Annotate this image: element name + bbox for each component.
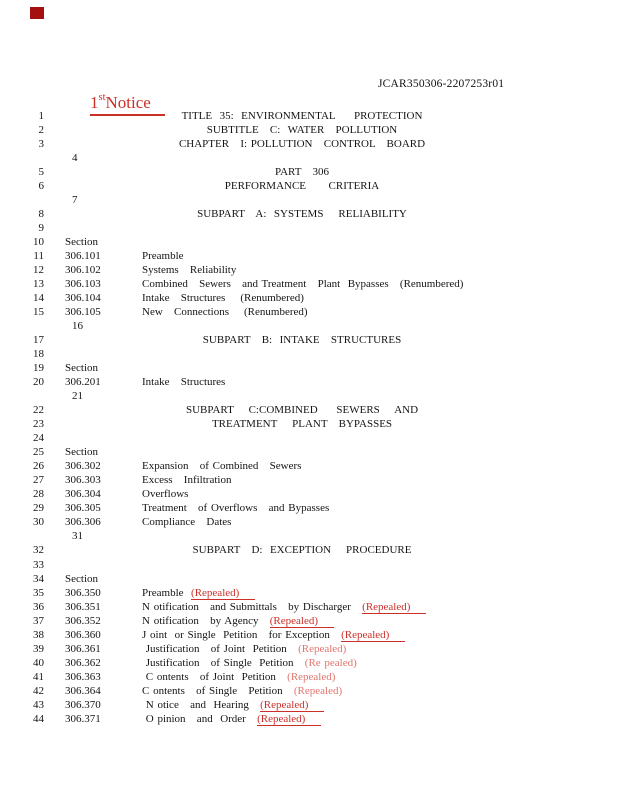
document-line: 23TREATMENT PLANT BYPASSES — [0, 417, 618, 431]
document-line: 9 — [0, 221, 618, 235]
line-number: 7 — [72, 193, 78, 207]
line-number: 27 — [0, 473, 44, 487]
document-line: 21 — [0, 389, 618, 403]
section-title: Compliance Dates — [142, 515, 231, 529]
section-number: 306.103 — [65, 277, 101, 291]
heading-text: SUBPART B: INTAKE STRUCTURES — [0, 333, 604, 347]
document-line: 2SUBTITLE C: WATER POLLUTION — [0, 123, 618, 137]
line-number: 24 — [0, 431, 44, 445]
document-line: 29306.305Treatment of Overflows and Bypa… — [0, 501, 618, 515]
heading-text: SUBPART A: SYSTEMS RELIABILITY — [0, 207, 604, 221]
section-title: Preamble — [142, 249, 184, 263]
line-number: 34 — [0, 572, 44, 586]
document-line: 10Section — [0, 235, 618, 249]
line-number: 44 — [0, 712, 44, 726]
heading-text: SUBPART D: EXCEPTION PROCEDURE — [0, 543, 604, 557]
document-line: 17SUBPART B: INTAKE STRUCTURES — [0, 333, 618, 347]
heading-text: TITLE 35: ENVIRONMENTAL PROTECTION — [0, 109, 604, 123]
section-number: 306.303 — [65, 473, 101, 487]
line-number: 28 — [0, 487, 44, 501]
repealed-label: (Repealed) — [257, 713, 321, 726]
document-line: 37306.352N otification by Agency (Repeal… — [0, 614, 618, 628]
line-number: 21 — [72, 389, 83, 403]
line-number: 9 — [0, 221, 44, 235]
line-number: 13 — [0, 277, 44, 291]
line-number: 15 — [0, 305, 44, 319]
repealed-label: (Repealed) — [362, 601, 426, 614]
section-title: Expansion of Combined Sewers — [142, 459, 301, 473]
section-title: Systems Reliability — [142, 263, 236, 277]
line-number: 25 — [0, 445, 44, 459]
line-number: 36 — [0, 600, 44, 614]
document-line: 31 — [0, 529, 618, 543]
section-number: 306.302 — [65, 459, 101, 473]
line-number: 11 — [0, 249, 44, 263]
line-number: 29 — [0, 501, 44, 515]
heading-text: TREATMENT PLANT BYPASSES — [0, 417, 604, 431]
heading-text: SUBTITLE C: WATER POLLUTION — [0, 123, 604, 137]
repealed-label: (Re pealed) — [305, 657, 357, 669]
section-number: 306.352 — [65, 614, 101, 628]
document-line: 26306.302Expansion of Combined Sewers — [0, 459, 618, 473]
section-number: 306.361 — [65, 642, 101, 656]
document-line: 11306.101Preamble — [0, 249, 618, 263]
line-number: 12 — [0, 263, 44, 277]
section-title: New Connections (Renumbered) — [142, 305, 308, 319]
document-line: 18 — [0, 347, 618, 361]
line-number: 33 — [0, 558, 44, 572]
document-line: 35306.350Preamble (Repealed) — [0, 586, 618, 600]
repealed-label: (Repealed) — [260, 699, 324, 712]
section-number: 306.201 — [65, 375, 101, 389]
notice-ordinal-suffix: st — [99, 92, 106, 103]
document-line: 25Section — [0, 445, 618, 459]
repealed-label: (Repealed) — [270, 615, 334, 628]
document-line: 22SUBPART C:COMBINED SEWERS AND — [0, 403, 618, 417]
section-number: 306.306 — [65, 515, 101, 529]
document-line: 8SUBPART A: SYSTEMS RELIABILITY — [0, 207, 618, 221]
section-column-label: Section — [65, 361, 98, 375]
document-line: 24 — [0, 431, 618, 445]
section-column-label: Section — [65, 235, 98, 249]
section-number: 306.360 — [65, 628, 101, 642]
line-number: 40 — [0, 656, 44, 670]
heading-text: PERFORMANCE CRITERIA — [0, 179, 604, 193]
document-line: 40306.362 Justification of Single Petiti… — [0, 656, 618, 670]
line-number: 10 — [0, 235, 44, 249]
line-number: 37 — [0, 614, 44, 628]
line-number: 20 — [0, 375, 44, 389]
document-line: 43306.370 N otice and Hearing (Repealed) — [0, 698, 618, 712]
section-title: C ontents of Joint Petition (Repealed) — [142, 670, 335, 684]
document-line: 30306.306Compliance Dates — [0, 515, 618, 529]
heading-text: PART 306 — [0, 165, 604, 179]
section-number: 306.364 — [65, 684, 101, 698]
section-number: 306.105 — [65, 305, 101, 319]
section-title: Justification of Single Petition (Re pea… — [142, 656, 357, 670]
line-number: 26 — [0, 459, 44, 473]
section-column-label: Section — [65, 445, 98, 459]
repealed-label: (Repealed) — [191, 587, 255, 600]
repealed-label: (Repealed) — [287, 671, 335, 683]
section-number: 306.102 — [65, 263, 101, 277]
document-line: 4 — [0, 151, 618, 165]
document-line: 16 — [0, 319, 618, 333]
document-line: 41306.363 C ontents of Joint Petition (R… — [0, 670, 618, 684]
document-line: 20306.201Intake Structures — [0, 375, 618, 389]
section-column-label: Section — [65, 572, 98, 586]
line-number: 43 — [0, 698, 44, 712]
document-line: 14306.104Intake Structures (Renumbered) — [0, 291, 618, 305]
document-line: 5PART 306 — [0, 165, 618, 179]
docket-code: JCAR350306-2207253r01 — [378, 78, 504, 90]
document-line: 1TITLE 35: ENVIRONMENTAL PROTECTION — [0, 109, 618, 123]
section-number: 306.370 — [65, 698, 101, 712]
section-number: 306.104 — [65, 291, 101, 305]
section-number: 306.363 — [65, 670, 101, 684]
line-number: 35 — [0, 586, 44, 600]
red-square-marker — [30, 7, 44, 19]
section-number: 306.101 — [65, 249, 101, 263]
document-line: 34Section — [0, 572, 618, 586]
section-title: Excess Infiltration — [142, 473, 231, 487]
repealed-label: (Repealed) — [298, 643, 346, 655]
section-title: Combined Sewers and Treatment Plant Bypa… — [142, 277, 463, 291]
document-line: 36306.351N otification and Submittals by… — [0, 600, 618, 614]
section-title: Treatment of Overflows and Bypasses — [142, 501, 329, 515]
section-title: Justification of Joint Petition (Repeale… — [142, 642, 346, 656]
section-title: O pinion and Order (Repealed) — [142, 712, 321, 726]
section-title: J oint or Single Petition for Exception … — [142, 628, 405, 642]
document-lines: 1TITLE 35: ENVIRONMENTAL PROTECTION2SUBT… — [0, 109, 618, 726]
line-number: 41 — [0, 670, 44, 684]
section-number: 306.351 — [65, 600, 101, 614]
section-title: Preamble (Repealed) — [142, 586, 255, 600]
section-number: 306.304 — [65, 487, 101, 501]
document-line: 32SUBPART D: EXCEPTION PROCEDURE — [0, 543, 618, 557]
document-line: 13306.103Combined Sewers and Treatment P… — [0, 277, 618, 291]
section-title: Intake Structures (Renumbered) — [142, 291, 304, 305]
line-number: 30 — [0, 515, 44, 529]
document-line: 15306.105New Connections (Renumbered) — [0, 305, 618, 319]
document-line: 44306.371 O pinion and Order (Repealed) — [0, 712, 618, 726]
heading-text: CHAPTER I: POLLUTION CONTROL BOARD — [0, 137, 604, 151]
section-number: 306.371 — [65, 712, 101, 726]
document-line: 39306.361 Justification of Joint Petitio… — [0, 642, 618, 656]
line-number: 38 — [0, 628, 44, 642]
document-line: 42306.364C ontents of Single Petition (R… — [0, 684, 618, 698]
document-line: 38306.360J oint or Single Petition for E… — [0, 628, 618, 642]
repealed-label: (Repealed) — [341, 629, 405, 642]
line-number: 39 — [0, 642, 44, 656]
document-line: 27306.303Excess Infiltration — [0, 473, 618, 487]
section-title: C ontents of Single Petition (Repealed) — [142, 684, 342, 698]
document-line: 6PERFORMANCE CRITERIA — [0, 179, 618, 193]
line-number: 16 — [72, 319, 83, 333]
section-title: Overflows — [142, 487, 188, 501]
section-title: N otification and Submittals by Discharg… — [142, 600, 426, 614]
line-number: 14 — [0, 291, 44, 305]
section-title: N otice and Hearing (Repealed) — [142, 698, 324, 712]
document-page: 1stNotice JCAR350306-2207253r01 1TITLE 3… — [0, 0, 618, 800]
repealed-label: (Repealed) — [294, 685, 342, 697]
section-number: 306.305 — [65, 501, 101, 515]
line-number: 42 — [0, 684, 44, 698]
document-line: 33 — [0, 558, 618, 572]
section-title: N otification by Agency (Repealed) — [142, 614, 334, 628]
document-line: 7 — [0, 193, 618, 207]
line-number: 18 — [0, 347, 44, 361]
document-line: 12306.102Systems Reliability — [0, 263, 618, 277]
section-number: 306.362 — [65, 656, 101, 670]
line-number: 4 — [72, 151, 78, 165]
heading-text: SUBPART C:COMBINED SEWERS AND — [0, 403, 604, 417]
document-line: 28306.304Overflows — [0, 487, 618, 501]
section-number: 306.350 — [65, 586, 101, 600]
line-number: 31 — [72, 529, 83, 543]
document-line: 3CHAPTER I: POLLUTION CONTROL BOARD — [0, 137, 618, 151]
section-title: Intake Structures — [142, 375, 225, 389]
document-line: 19Section — [0, 361, 618, 375]
line-number: 19 — [0, 361, 44, 375]
